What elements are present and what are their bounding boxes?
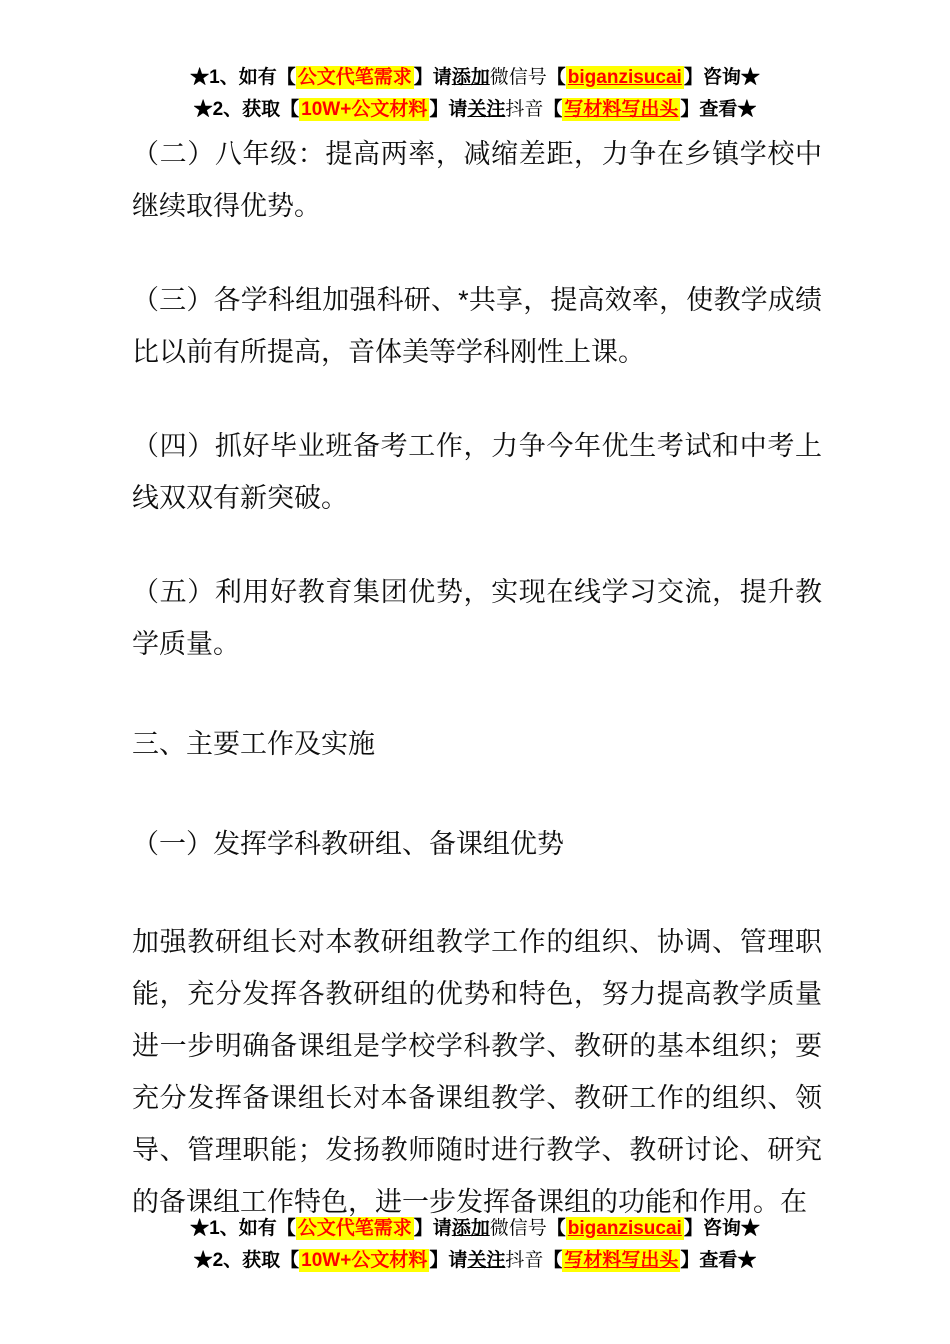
promo1-add-underlined: 添加 [452,1218,490,1239]
promo2-prefix: ★2、获取【 [194,99,300,120]
promo1-suffix: 】咨询★ [684,1218,760,1239]
promo1-wechat-id: biganzisucai [566,66,684,89]
paragraph-item-2: （二）八年级：提高两率，减缩差距，力争在乡镇学校中继续取得优势。 [132,128,822,232]
promo1-bracket: 【 [547,1218,566,1239]
document-body: （二）八年级：提高两率，减缩差距，力争在乡镇学校中继续取得优势。 （三）各学科组… [132,128,822,1228]
promo1-highlight-service: 公文代笔需求 [296,1217,414,1240]
promo2-douyin-label: 抖音 [505,1250,543,1271]
promo1-wechat-label: 微信号 [490,67,547,88]
promo-banner-bottom: ★1、如有【公文代笔需求】请添加微信号【biganzisucai】咨询★ ★2、… [0,1213,950,1277]
promo2-follow-underlined: 关注 [467,1250,505,1271]
promo2-after-highlight: 】请 [429,99,467,120]
promo1-wechat-id: biganzisucai [566,1217,684,1240]
promo1-prefix: ★1、如有【 [190,67,296,88]
promo-banner-top: ★1、如有【公文代笔需求】请添加微信号【biganzisucai】咨询★ ★2、… [0,62,950,126]
promo2-douyin-id: 写材料写出头 [562,1249,680,1272]
subsection-heading-1: （一）发挥学科教研组、备课组优势 [132,818,822,870]
promo-line-1: ★1、如有【公文代笔需求】请添加微信号【biganzisucai】咨询★ [0,62,950,94]
promo2-douyin-label: 抖音 [505,99,543,120]
section-heading-3: 三、主要工作及实施 [132,718,822,770]
paragraph-item-5: （五）利用好教育集团优势，实现在线学习交流，提升教学质量。 [132,566,822,670]
promo2-after-highlight: 】请 [429,1250,467,1271]
paragraph-body-text: 加强教研组长对本教研组教学工作的组织、协调、管理职能，充分发挥各教研组的优势和特… [132,916,822,1228]
promo1-after-highlight: 】请 [414,1218,452,1239]
promo2-suffix: 】查看★ [680,1250,756,1271]
promo1-after-highlight: 】请 [414,67,452,88]
promo2-bracket: 【 [543,1250,562,1271]
promo2-follow-underlined: 关注 [467,99,505,120]
promo-line-2: ★2、获取【10W+公文材料】请关注抖音【写材料写出头】查看★ [0,94,950,126]
promo1-add-underlined: 添加 [452,67,490,88]
paragraph-item-4: （四）抓好毕业班备考工作，力争今年优生考试和中考上线双双有新突破。 [132,420,822,524]
promo2-highlight-material: 10W+公文材料 [299,98,429,121]
promo2-suffix: 】查看★ [680,99,756,120]
promo1-prefix: ★1、如有【 [190,1218,296,1239]
promo2-prefix: ★2、获取【 [194,1250,300,1271]
promo2-highlight-material: 10W+公文材料 [299,1249,429,1272]
promo1-wechat-label: 微信号 [490,1218,547,1239]
promo1-highlight-service: 公文代笔需求 [296,66,414,89]
promo-line-1: ★1、如有【公文代笔需求】请添加微信号【biganzisucai】咨询★ [0,1213,950,1245]
document-page: ★1、如有【公文代笔需求】请添加微信号【biganzisucai】咨询★ ★2、… [0,0,950,1344]
promo1-bracket: 【 [547,67,566,88]
promo1-suffix: 】咨询★ [684,67,760,88]
promo-line-2: ★2、获取【10W+公文材料】请关注抖音【写材料写出头】查看★ [0,1245,950,1277]
promo2-douyin-id: 写材料写出头 [562,98,680,121]
promo2-bracket: 【 [543,99,562,120]
paragraph-item-3: （三）各学科组加强科研、*共享，提高效率，使教学成绩比以前有所提高，音体美等学科… [132,274,822,378]
